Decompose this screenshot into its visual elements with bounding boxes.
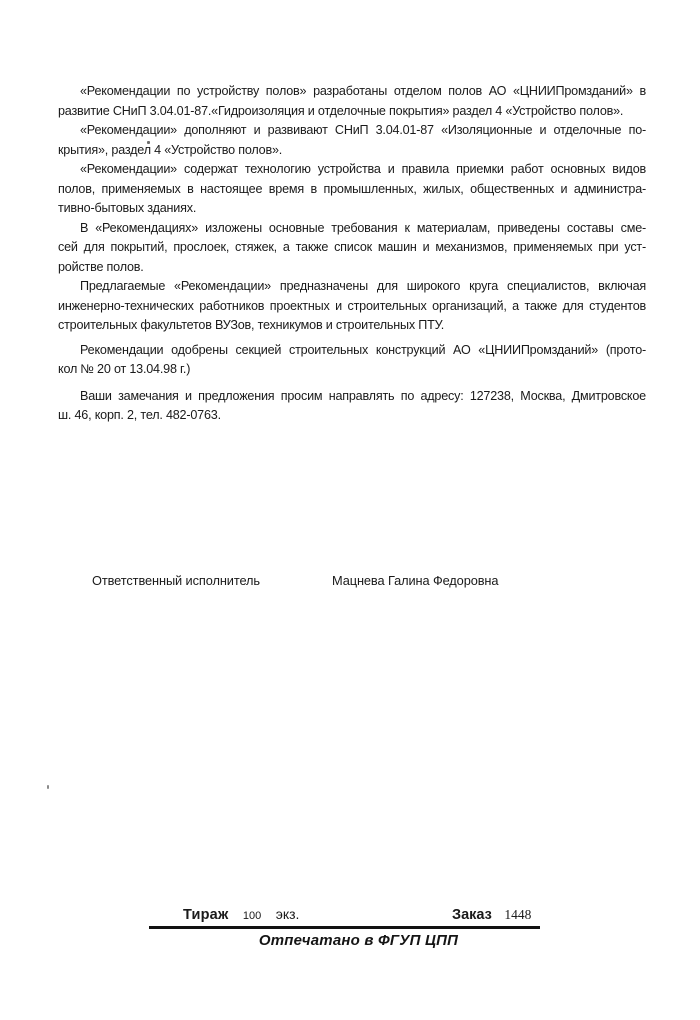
text-line: развитие СНиП 3.04.01-87.«Гидроизоляция … — [58, 102, 646, 122]
text-line: «Рекомендации по устройству полов» разра… — [58, 82, 646, 102]
paragraph: Рекомендации одобрены секцией строительн… — [58, 341, 646, 380]
printed-by-line: Отпечатано в ФГУП ЦПП — [149, 932, 540, 949]
print-run-label: Тираж — [183, 907, 228, 923]
print-run-unit: экз. — [276, 906, 300, 922]
print-run: Тираж 100 экз. — [183, 906, 299, 924]
text-line: Предлагаемые «Рекомендации» предназначен… — [58, 277, 646, 297]
text-line: ройстве полов. — [58, 258, 646, 278]
paragraph: Предлагаемые «Рекомендации» предназначен… — [58, 277, 646, 336]
text-line: полов, применяемых в настоящее время в п… — [58, 180, 646, 200]
text-line: В «Рекомендациях» изложены основные треб… — [58, 219, 646, 239]
text-line: сей для покрытий, прослоек, стяжек, а та… — [58, 238, 646, 258]
paragraph: «Рекомендации» содержат технологию устро… — [58, 160, 646, 219]
imprint-row: Тираж 100 экз. Заказ 1448 — [0, 906, 700, 926]
paragraph: Ваши замечания и предложения просим напр… — [58, 387, 646, 426]
text-line: строительных факультетов ВУЗов, техникум… — [58, 316, 646, 336]
executor-name: Мацнева Галина Федоровна — [332, 573, 498, 588]
text-line: «Рекомендации» содержат технологию устро… — [58, 160, 646, 180]
executor-label: Ответственный исполнитель — [92, 573, 260, 588]
text-line: ш. 46, корп. 2, тел. 482-0763. — [58, 406, 646, 426]
body-paragraphs: «Рекомендации по устройству полов» разра… — [58, 82, 646, 426]
text-line: кол № 20 от 13.04.98 г.) — [58, 360, 646, 380]
text-line: Ваши замечания и предложения просим напр… — [58, 387, 646, 407]
executor-row: Ответственный исполнитель Мацнева Галина… — [58, 573, 646, 591]
imprint-divider-rule — [149, 926, 540, 929]
order-value: 1448 — [504, 907, 531, 922]
order-label: Заказ — [452, 907, 492, 923]
paragraph: В «Рекомендациях» изложены основные треб… — [58, 219, 646, 278]
text-line: Рекомендации одобрены секцией строительн… — [58, 341, 646, 361]
print-run-value: 100 — [243, 910, 261, 922]
scan-speck — [147, 141, 150, 144]
text-line: тивно-бытовых зданиях. — [58, 199, 646, 219]
document-page: «Рекомендации по устройству полов» разра… — [0, 0, 700, 1020]
order-number: Заказ 1448 — [452, 906, 531, 924]
scan-speck — [47, 785, 49, 789]
text-line: инженерно-технических работников проектн… — [58, 297, 646, 317]
paragraph: «Рекомендации по устройству полов» разра… — [58, 82, 646, 121]
text-line: «Рекомендации» дополняют и развивают СНи… — [58, 121, 646, 141]
